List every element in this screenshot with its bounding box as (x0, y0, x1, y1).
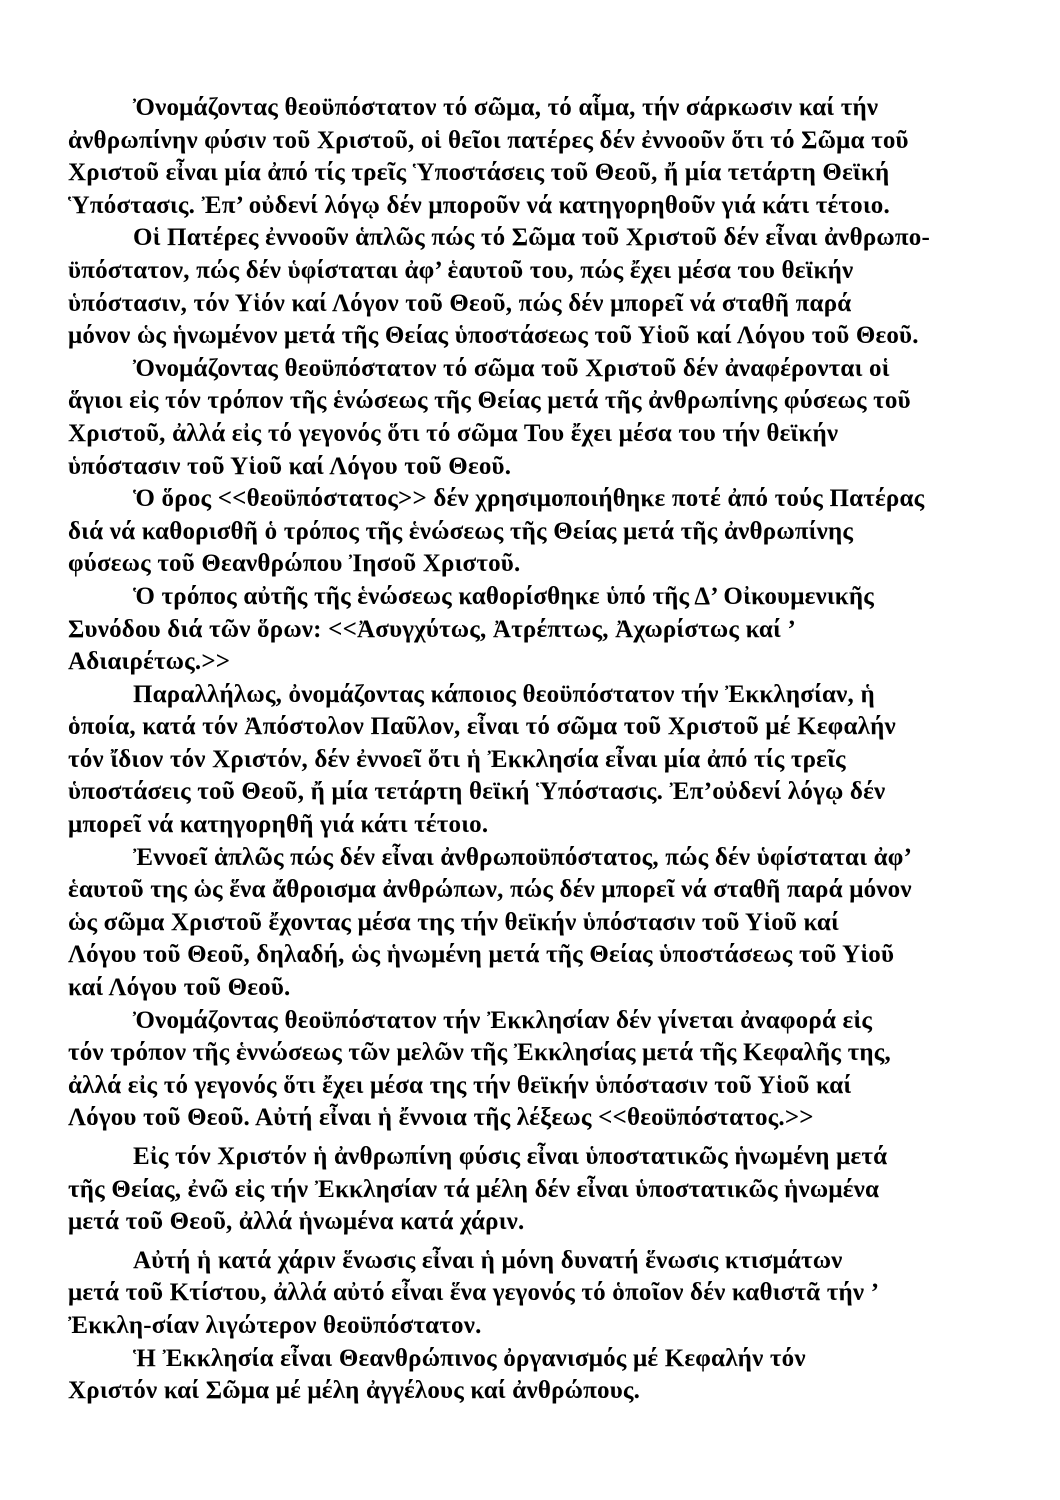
text-line: μόνον ὡς ἡνωμένον μετά τῆς Θείας ὑποστάσ… (68, 320, 1008, 353)
paragraph-9: Εἰς τόν Χριστόν ἡ ἀνθρωπίνη φύσις εἶναι … (68, 1141, 1008, 1239)
text-line: Χριστόν καί Σῶμα μέ μέλη ἀγγέλους καί ἀν… (68, 1375, 1008, 1408)
paragraph-5: Ὁ τρόπος αὐτῆς τῆς ἑνώσεως καθορίσθηκε ὑ… (68, 581, 1008, 679)
text-line: ὑπόστασιν τοῦ Υἱοῦ καί Λόγου τοῦ Θεοῦ. (68, 451, 1008, 484)
text-line: Ὀνομάζοντας θεοϋπόστατον τό σῶμα τοῦ Χρι… (68, 353, 1008, 386)
text-line: Χριστοῦ, ἀλλά εἰς τό γεγονός ὅτι τό σῶμα… (68, 418, 1008, 451)
text-line: Αδιαιρέτως.>> (68, 646, 1008, 679)
text-line: ὑποστάσεις τοῦ Θεοῦ, ἤ μία τετάρτη θεϊκή… (68, 776, 1008, 809)
text-line: ὑπόστασιν, τόν Υἱόν καί Λόγον τοῦ Θεοῦ, … (68, 288, 1008, 321)
text-line: ἑαυτοῦ της ὡς ἕνα ἄθροισμα ἀνθρώπων, πώς… (68, 874, 1008, 907)
text-line: μετά τοῦ Θεοῦ, ἀλλά ἡνωμένα κατά χάριν. (68, 1206, 1008, 1239)
text-line: Παραλλήλως, ὀνομάζοντας κάποιος θεοϋπόστ… (68, 679, 1008, 712)
text-line: Χριστοῦ εἶναι μία ἀπό τίς τρεῖς Ὑποστάσε… (68, 157, 1008, 190)
text-line: Λόγου τοῦ Θεοῦ, δηλαδή, ὡς ἡνωμένη μετά … (68, 939, 1008, 972)
text-line: Συνόδου διά τῶν ὅρων: <<Ἀσυγχύτως, Ἀτρέπ… (68, 614, 1008, 647)
text-line: Ὁ τρόπος αὐτῆς τῆς ἑνώσεως καθορίσθηκε ὑ… (68, 581, 1008, 614)
text-line: διά νά καθορισθῆ ὁ τρόπος τῆς ἑνώσεως τῆ… (68, 516, 1008, 549)
paragraph-4: Ὁ ὅρος <<θεοϋπόστατος>> δέν χρησιμοποιήθ… (68, 483, 1008, 581)
text-line: Ὀνομάζοντας θεοϋπόστατον τό σῶμα, τό αἷμ… (68, 92, 1008, 125)
text-line: Ἐννοεῖ ἁπλῶς πώς δέν εἶναι ἀνθρωποϋπόστα… (68, 842, 1008, 875)
text-line: Ἡ Ἐκκλησία εἶναι Θεανθρώπινος ὀργανισμός… (68, 1343, 1008, 1376)
text-line: Ὁ ὅρος <<θεοϋπόστατος>> δέν χρησιμοποιήθ… (68, 483, 1008, 516)
text-line: Εἰς τόν Χριστόν ἡ ἀνθρωπίνη φύσις εἶναι … (68, 1141, 1008, 1174)
paragraph-3: Ὀνομάζοντας θεοϋπόστατον τό σῶμα τοῦ Χρι… (68, 353, 1008, 483)
text-line: Λόγου τοῦ Θεοῦ. Αὐτή εἶναι ἡ ἔννοια τῆς … (68, 1102, 1008, 1135)
paragraph-1: Ὀνομάζοντας θεοϋπόστατον τό σῶμα, τό αἷμ… (68, 92, 1008, 222)
text-line: μετά τοῦ Κτίστου, ἀλλά αὐτό εἶναι ἕνα γε… (68, 1277, 1008, 1310)
text-line: τόν τρόπον τῆς ἑννώσεως τῶν μελῶν τῆς Ἐκ… (68, 1037, 1008, 1070)
paragraph-10: Αὐτή ἡ κατά χάριν ἕνωσις εἶναι ἡ μόνη δυ… (68, 1245, 1008, 1343)
paragraph-2: Οἱ Πατέρες ἐννοοῦν ἁπλῶς πώς τό Σῶμα τοῦ… (68, 222, 1008, 352)
text-line: Ὑπόστασις. Ἐπ’ οὐδενί λόγῳ δέν μποροῦν ν… (68, 190, 1008, 223)
text-line: Οἱ Πατέρες ἐννοοῦν ἁπλῶς πώς τό Σῶμα τοῦ… (68, 222, 1008, 255)
text-line: ἀνθρωπίνην φύσιν τοῦ Χριστοῦ, οἱ θεῖοι π… (68, 125, 1008, 158)
paragraph-7: Ἐννοεῖ ἁπλῶς πώς δέν εἶναι ἀνθρωποϋπόστα… (68, 842, 1008, 1005)
paragraph-6: Παραλλήλως, ὀνομάζοντας κάποιος θεοϋπόστ… (68, 679, 1008, 842)
text-line: ἅγιοι εἰς τόν τρόπον τῆς ἑνώσεως τῆς Θεί… (68, 385, 1008, 418)
text-line: Ὀνομάζοντας θεοϋπόστατον τήν Ἐκκλησίαν δ… (68, 1005, 1008, 1038)
paragraph-11: Ἡ Ἐκκλησία εἶναι Θεανθρώπινος ὀργανισμός… (68, 1343, 1008, 1408)
text-line: μπορεῖ νά κατηγορηθῆ γιά κάτι τέτοιο. (68, 809, 1008, 842)
text-line: ὡς σῶμα Χριστοῦ ἔχοντας μέσα της τήν θεϊ… (68, 907, 1008, 940)
text-line: τόν ἴδιον τόν Χριστόν, δέν ἐννοεῖ ὅτι ἡ … (68, 744, 1008, 777)
text-line: ϋπόστατον, πώς δέν ὑφίσταται ἀφ’ ἑαυτοῦ … (68, 255, 1008, 288)
text-line: Αὐτή ἡ κατά χάριν ἕνωσις εἶναι ἡ μόνη δυ… (68, 1245, 1008, 1278)
text-line: τῆς Θείας, ἐνῶ εἰς τήν Ἐκκλησίαν τά μέλη… (68, 1174, 1008, 1207)
text-line: ἀλλά εἰς τό γεγονός ὅτι ἔχει μέσα της τή… (68, 1070, 1008, 1103)
document-page: Ὀνομάζοντας θεοϋπόστατον τό σῶμα, τό αἷμ… (0, 0, 1060, 1500)
document-body: Ὀνομάζοντας θεοϋπόστατον τό σῶμα, τό αἷμ… (68, 92, 1008, 1408)
text-line: ὁποία, κατά τόν Ἀπόστολον Παῦλον, εἶναι … (68, 711, 1008, 744)
paragraph-8: Ὀνομάζοντας θεοϋπόστατον τήν Ἐκκλησίαν δ… (68, 1005, 1008, 1135)
text-line: φύσεως τοῦ Θεανθρώπου Ἰησοῦ Χριστοῦ. (68, 548, 1008, 581)
text-line: καί Λόγου τοῦ Θεοῦ. (68, 972, 1008, 1005)
text-line: Ἐκκλη-σίαν λιγώτερον θεοϋπόστατον. (68, 1310, 1008, 1343)
